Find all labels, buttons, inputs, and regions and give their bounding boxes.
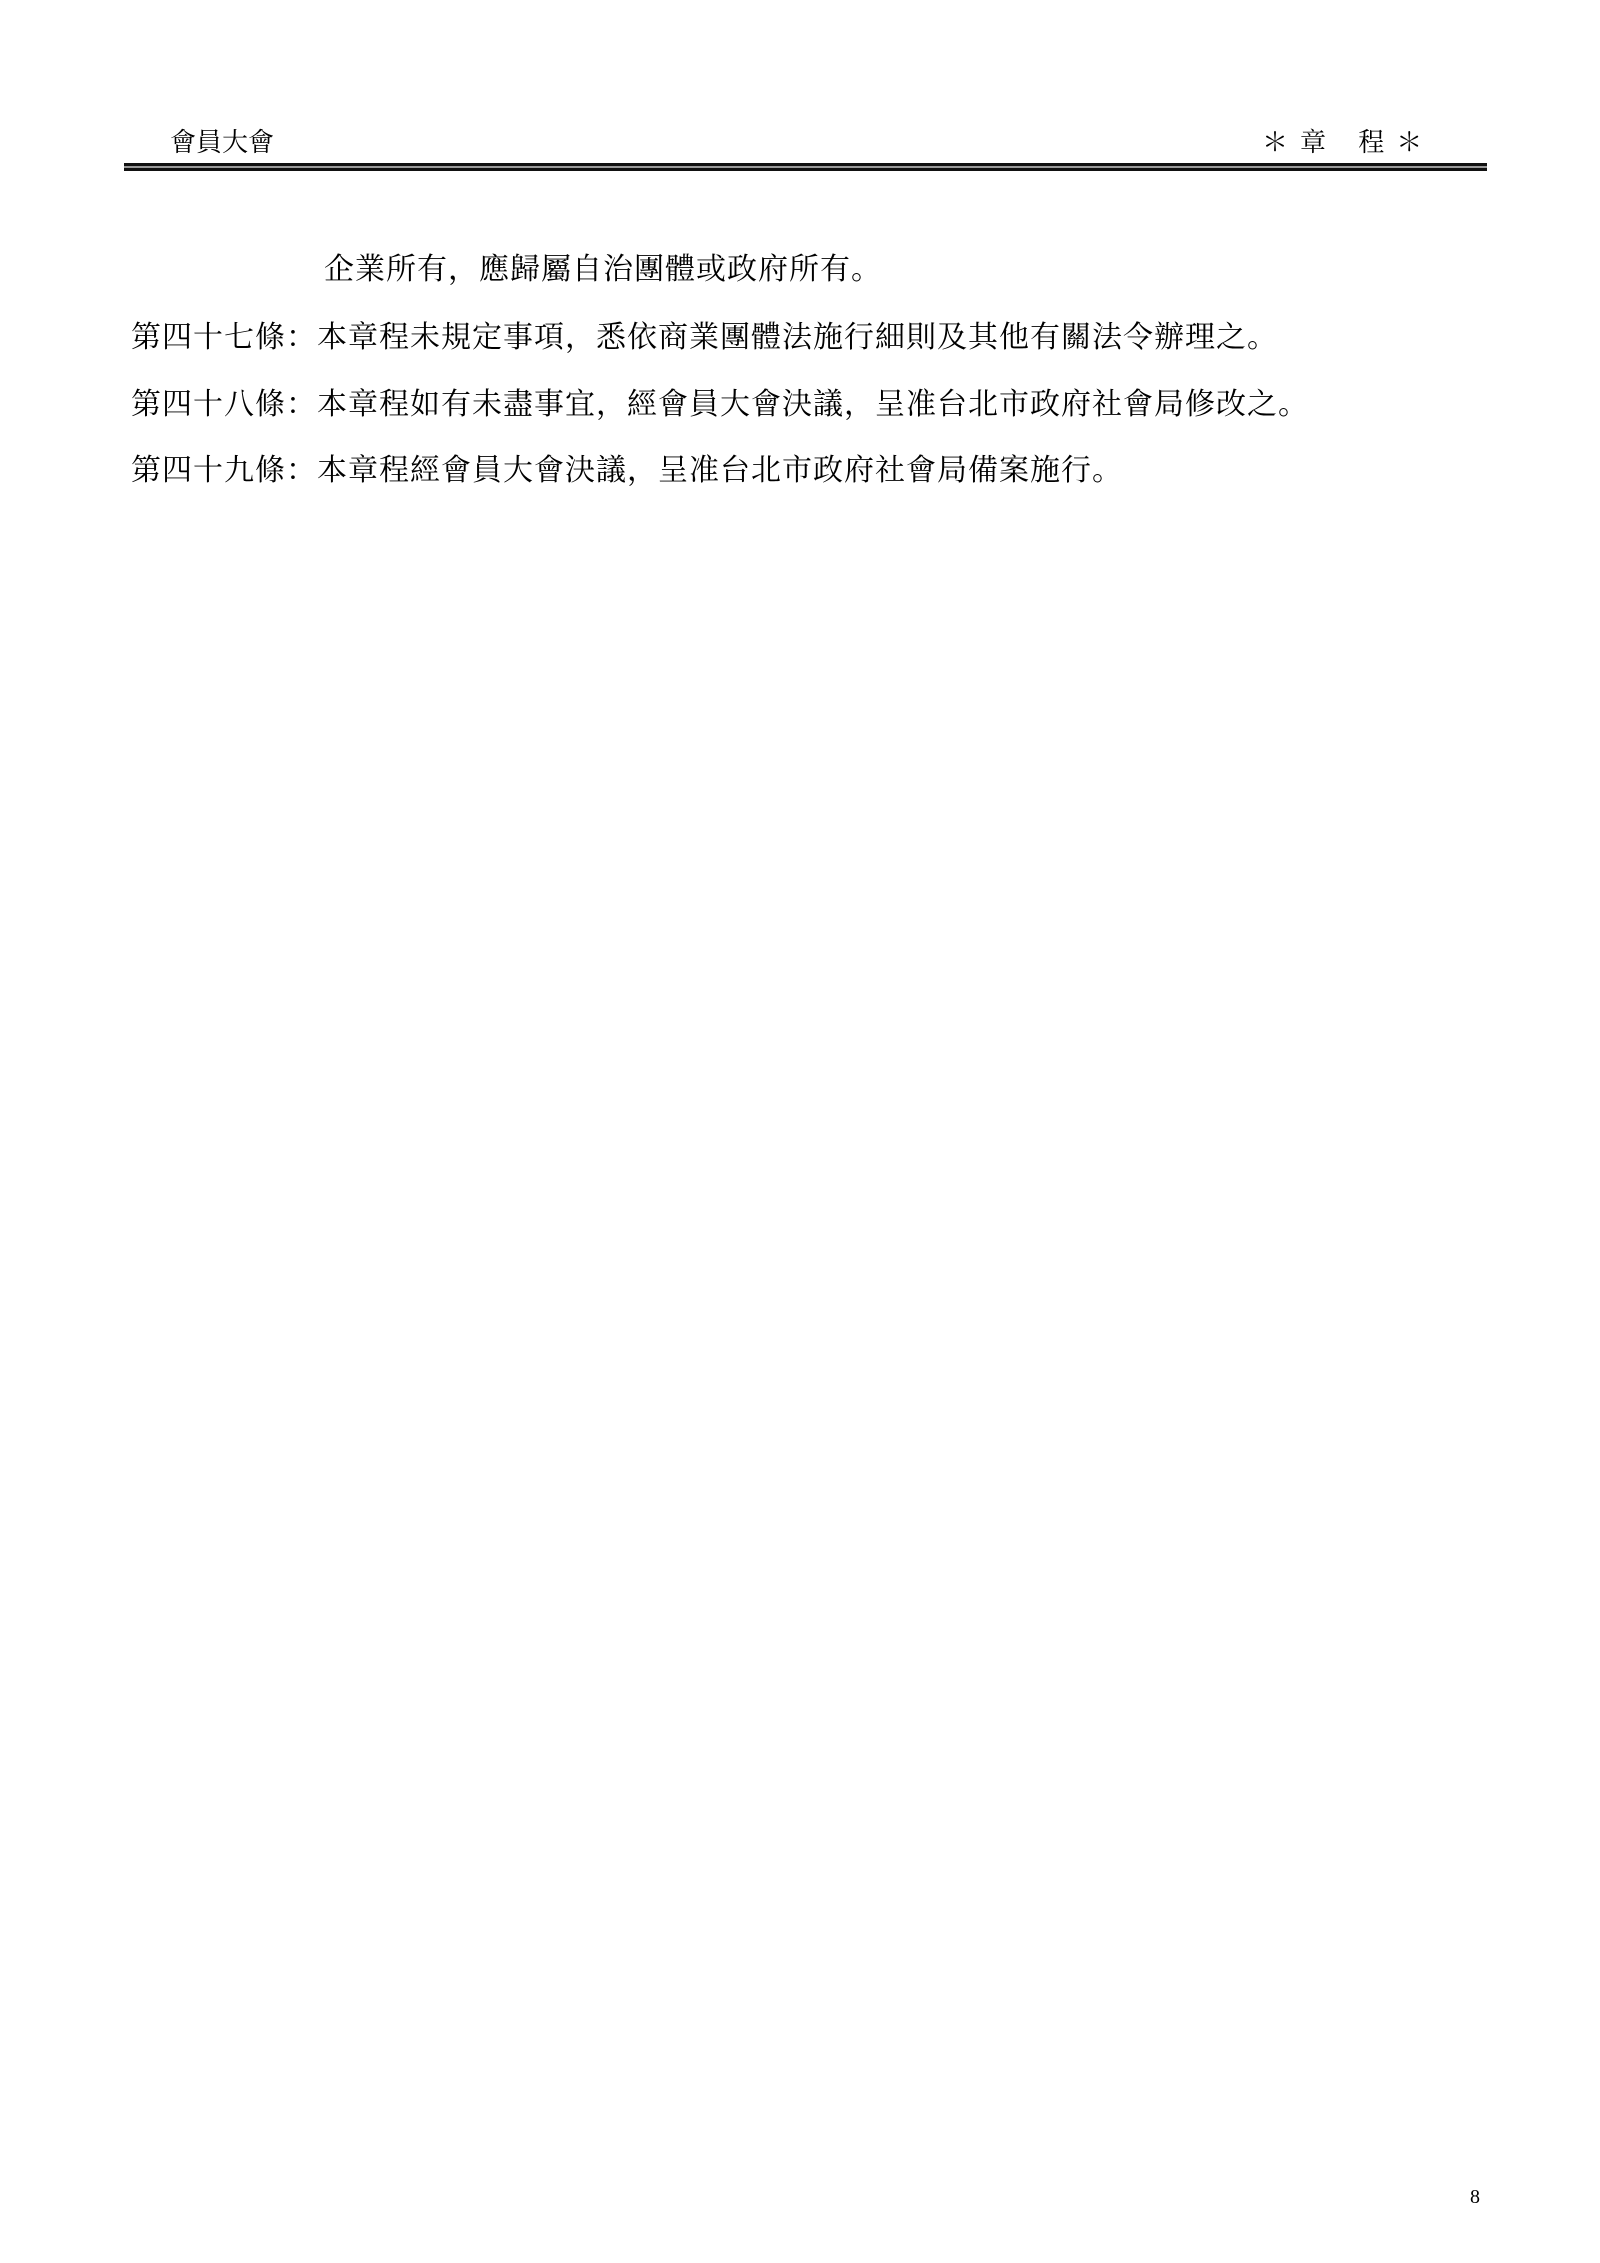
paragraph-continuation: 企業所有，應歸屬自治團體或政府所有。 xyxy=(324,252,882,288)
divider-line-bottom xyxy=(124,168,1487,171)
article-48: 第四十八條：本章程如有未盡事宜，經會員大會決議，呈准台北市政府社會局修改之。 xyxy=(131,387,1309,423)
page-number: 8 xyxy=(1470,2186,1480,2208)
article-49: 第四十九條：本章程經會員大會決議，呈准台北市政府社會局備案施行。 xyxy=(131,453,1123,489)
header-left-title: 會員大會 xyxy=(170,128,274,158)
article-47: 第四十七條：本章程未規定事項，悉依商業團體法施行細則及其他有關法令辦理之。 xyxy=(131,320,1278,356)
header-divider xyxy=(124,163,1487,172)
header-right-title: ＊章 程＊ xyxy=(1262,128,1434,158)
